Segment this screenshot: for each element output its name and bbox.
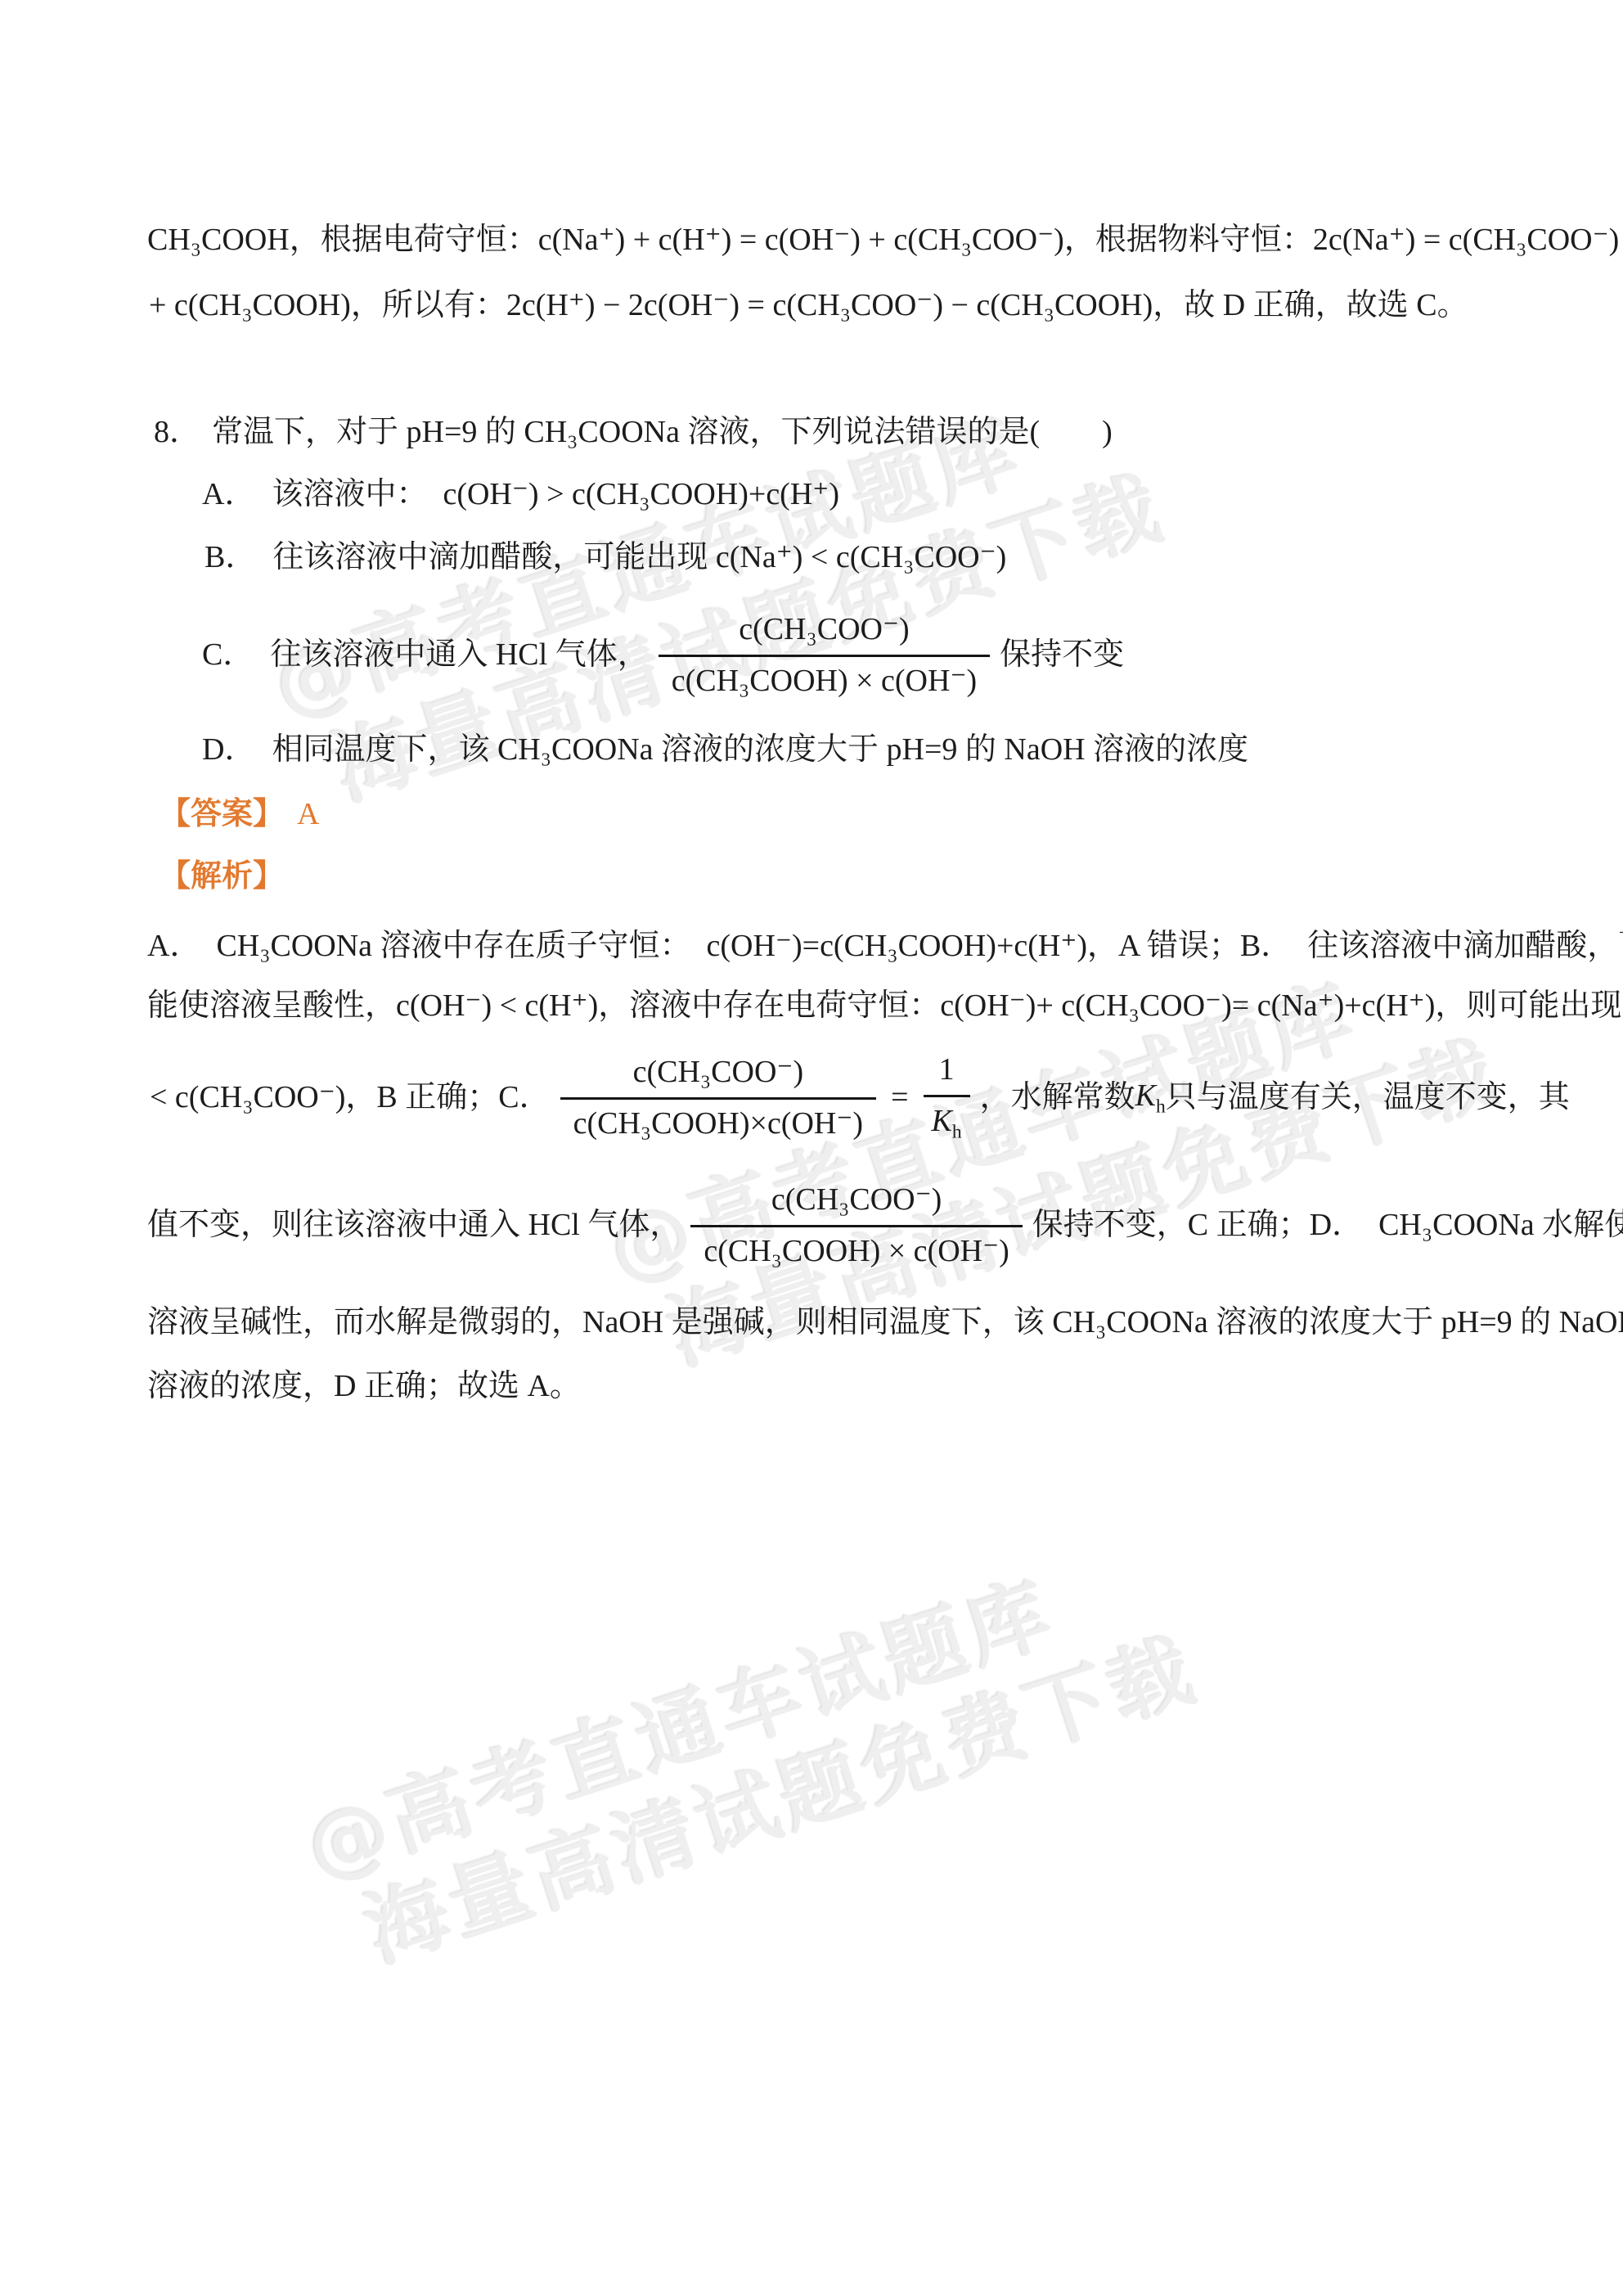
fraction-numerator: c(CH₃COO⁻) (620, 1055, 817, 1097)
analysis-label-line: 【解析】 (160, 856, 284, 898)
answer-value: A (297, 797, 319, 831)
fraction-denominator: c(CH₃COOH) × c(OH⁻) (659, 655, 990, 700)
option-b: B．往该溶液中滴加醋酸，可能出现 c(Na⁺) < c(CH₃COO⁻) (205, 537, 1006, 579)
analysis-line3-prefix: < c(CH₃COO⁻)，B 正确；C． (150, 1077, 551, 1119)
equals-sign: = (891, 1077, 908, 1119)
question-text: 常温下，对于 pH=9 的 CH₃COONa 溶液，下列说法错误的是( ) (212, 415, 1113, 449)
analysis-line4-suffix: 保持不变，C 正确；D． CH₃COONa 水解使 (1032, 1204, 1623, 1246)
question-number: 8． (154, 415, 200, 449)
answer-label: 【答案】 (160, 797, 284, 831)
analysis-line4-prefix: 值不变，则往该溶液中通入 HCl 气体， (147, 1204, 681, 1246)
fraction-denominator: c(CH₃COOH) × c(OH⁻) (690, 1225, 1022, 1270)
option-c-label: C． (202, 634, 254, 676)
option-c-suffix: 保持不变 (1000, 634, 1124, 676)
fraction-numerator: c(CH₃COO⁻) (758, 1182, 955, 1225)
option-b-label: B． (205, 540, 256, 574)
ratio-fraction: c(CH₃COO⁻) c(CH₃COOH) × c(OH⁻) (690, 1182, 1022, 1269)
fraction-denominator: c(CH₃COOH)×c(OH⁻) (560, 1097, 876, 1142)
analysis-line3: < c(CH₃COO⁻)，B 正确；C． c(CH₃COO⁻) c(CH₃COO… (150, 1041, 1570, 1155)
analysis-line4: 值不变，则往该溶液中通入 HCl 气体， c(CH₃COO⁻) c(CH₃COO… (147, 1168, 1623, 1283)
prev-solution-line2: + c(CH₃COOH)，所以有：2c(H⁺) − 2c(OH⁻) = c(CH… (149, 285, 1468, 326)
option-c-fraction: c(CH₃COO⁻) c(CH₃COOH) × c(OH⁻) (659, 612, 990, 699)
option-c-prefix: 往该溶液中通入 HCl 气体， (270, 634, 648, 676)
analysis-line3-suffix: 只与温度有关，温度不变，其 (1166, 1077, 1570, 1119)
analysis-line3-mid: ，水解常数 (980, 1077, 1135, 1119)
option-d: D．相同温度下，该 CH₃COONa 溶液的浓度大于 pH=9 的 NaOH 溶… (202, 729, 1248, 771)
question-8-stem: 8．常温下，对于 pH=9 的 CH₃COONa 溶液，下列说法错误的是( ) (154, 412, 1113, 453)
option-d-text: 相同温度下，该 CH₃COONa 溶液的浓度大于 pH=9 的 NaOH 溶液的… (272, 732, 1248, 767)
option-b-text: 往该溶液中滴加醋酸，可能出现 c(Na⁺) < c(CH₃COO⁻) (272, 540, 1006, 574)
fraction-numerator: c(CH₃COO⁻) (726, 612, 923, 655)
option-a-text: 该溶液中： c(OH⁻) > c(CH₃COOH)+c(H⁺) (272, 477, 839, 511)
analysis-label: 【解析】 (160, 859, 284, 894)
watermark-bottom: @高考直通车试题库 海量高清试题免费下载 (294, 1527, 1209, 1992)
prev-solution-line1: CH₃COOH，根据电荷守恒：c(Na⁺) + c(H⁺) = c(OH⁻) +… (147, 219, 1619, 261)
option-d-label: D． (202, 732, 255, 767)
hydrolysis-ratio-fraction: c(CH₃COO⁻) c(CH₃COOH)×c(OH⁻) (560, 1055, 876, 1141)
analysis-line6: 溶液的浓度，D 正确；故选 A。 (147, 1366, 581, 1407)
option-c: C． 往该溶液中通入 HCl 气体， c(CH₃COO⁻) c(CH₃COOH)… (202, 610, 1124, 701)
analysis-line2: 能使溶液呈酸性，c(OH⁻) < c(H⁺)，溶液中存在电荷守恒：c(OH⁻)+… (147, 985, 1623, 1027)
fraction-numerator: 1 (931, 1052, 963, 1095)
kh-symbol: Kh (1135, 1075, 1166, 1120)
option-a-label: A． (202, 477, 255, 511)
answer-line: 【答案】A (160, 794, 319, 835)
analysis-line5: 溶液呈碱性，而水解是微弱的，NaOH 是强碱，则相同温度下，该 CH₃COONa… (147, 1302, 1623, 1344)
fraction-denominator: Kh (924, 1095, 970, 1144)
analysis-line1: A． CH₃COONa 溶液中存在质子守恒： c(OH⁻)=c(CH₃COOH)… (147, 925, 1623, 967)
option-a: A．该溶液中： c(OH⁻) > c(CH₃COOH)+c(H⁺) (202, 474, 839, 515)
document-page: @高考直通车试题库 海量高清试题免费下载 @高考直通车试题库 海量高清试题免费下… (0, 0, 1623, 2296)
one-over-kh-fraction: 1 Kh (924, 1052, 970, 1143)
